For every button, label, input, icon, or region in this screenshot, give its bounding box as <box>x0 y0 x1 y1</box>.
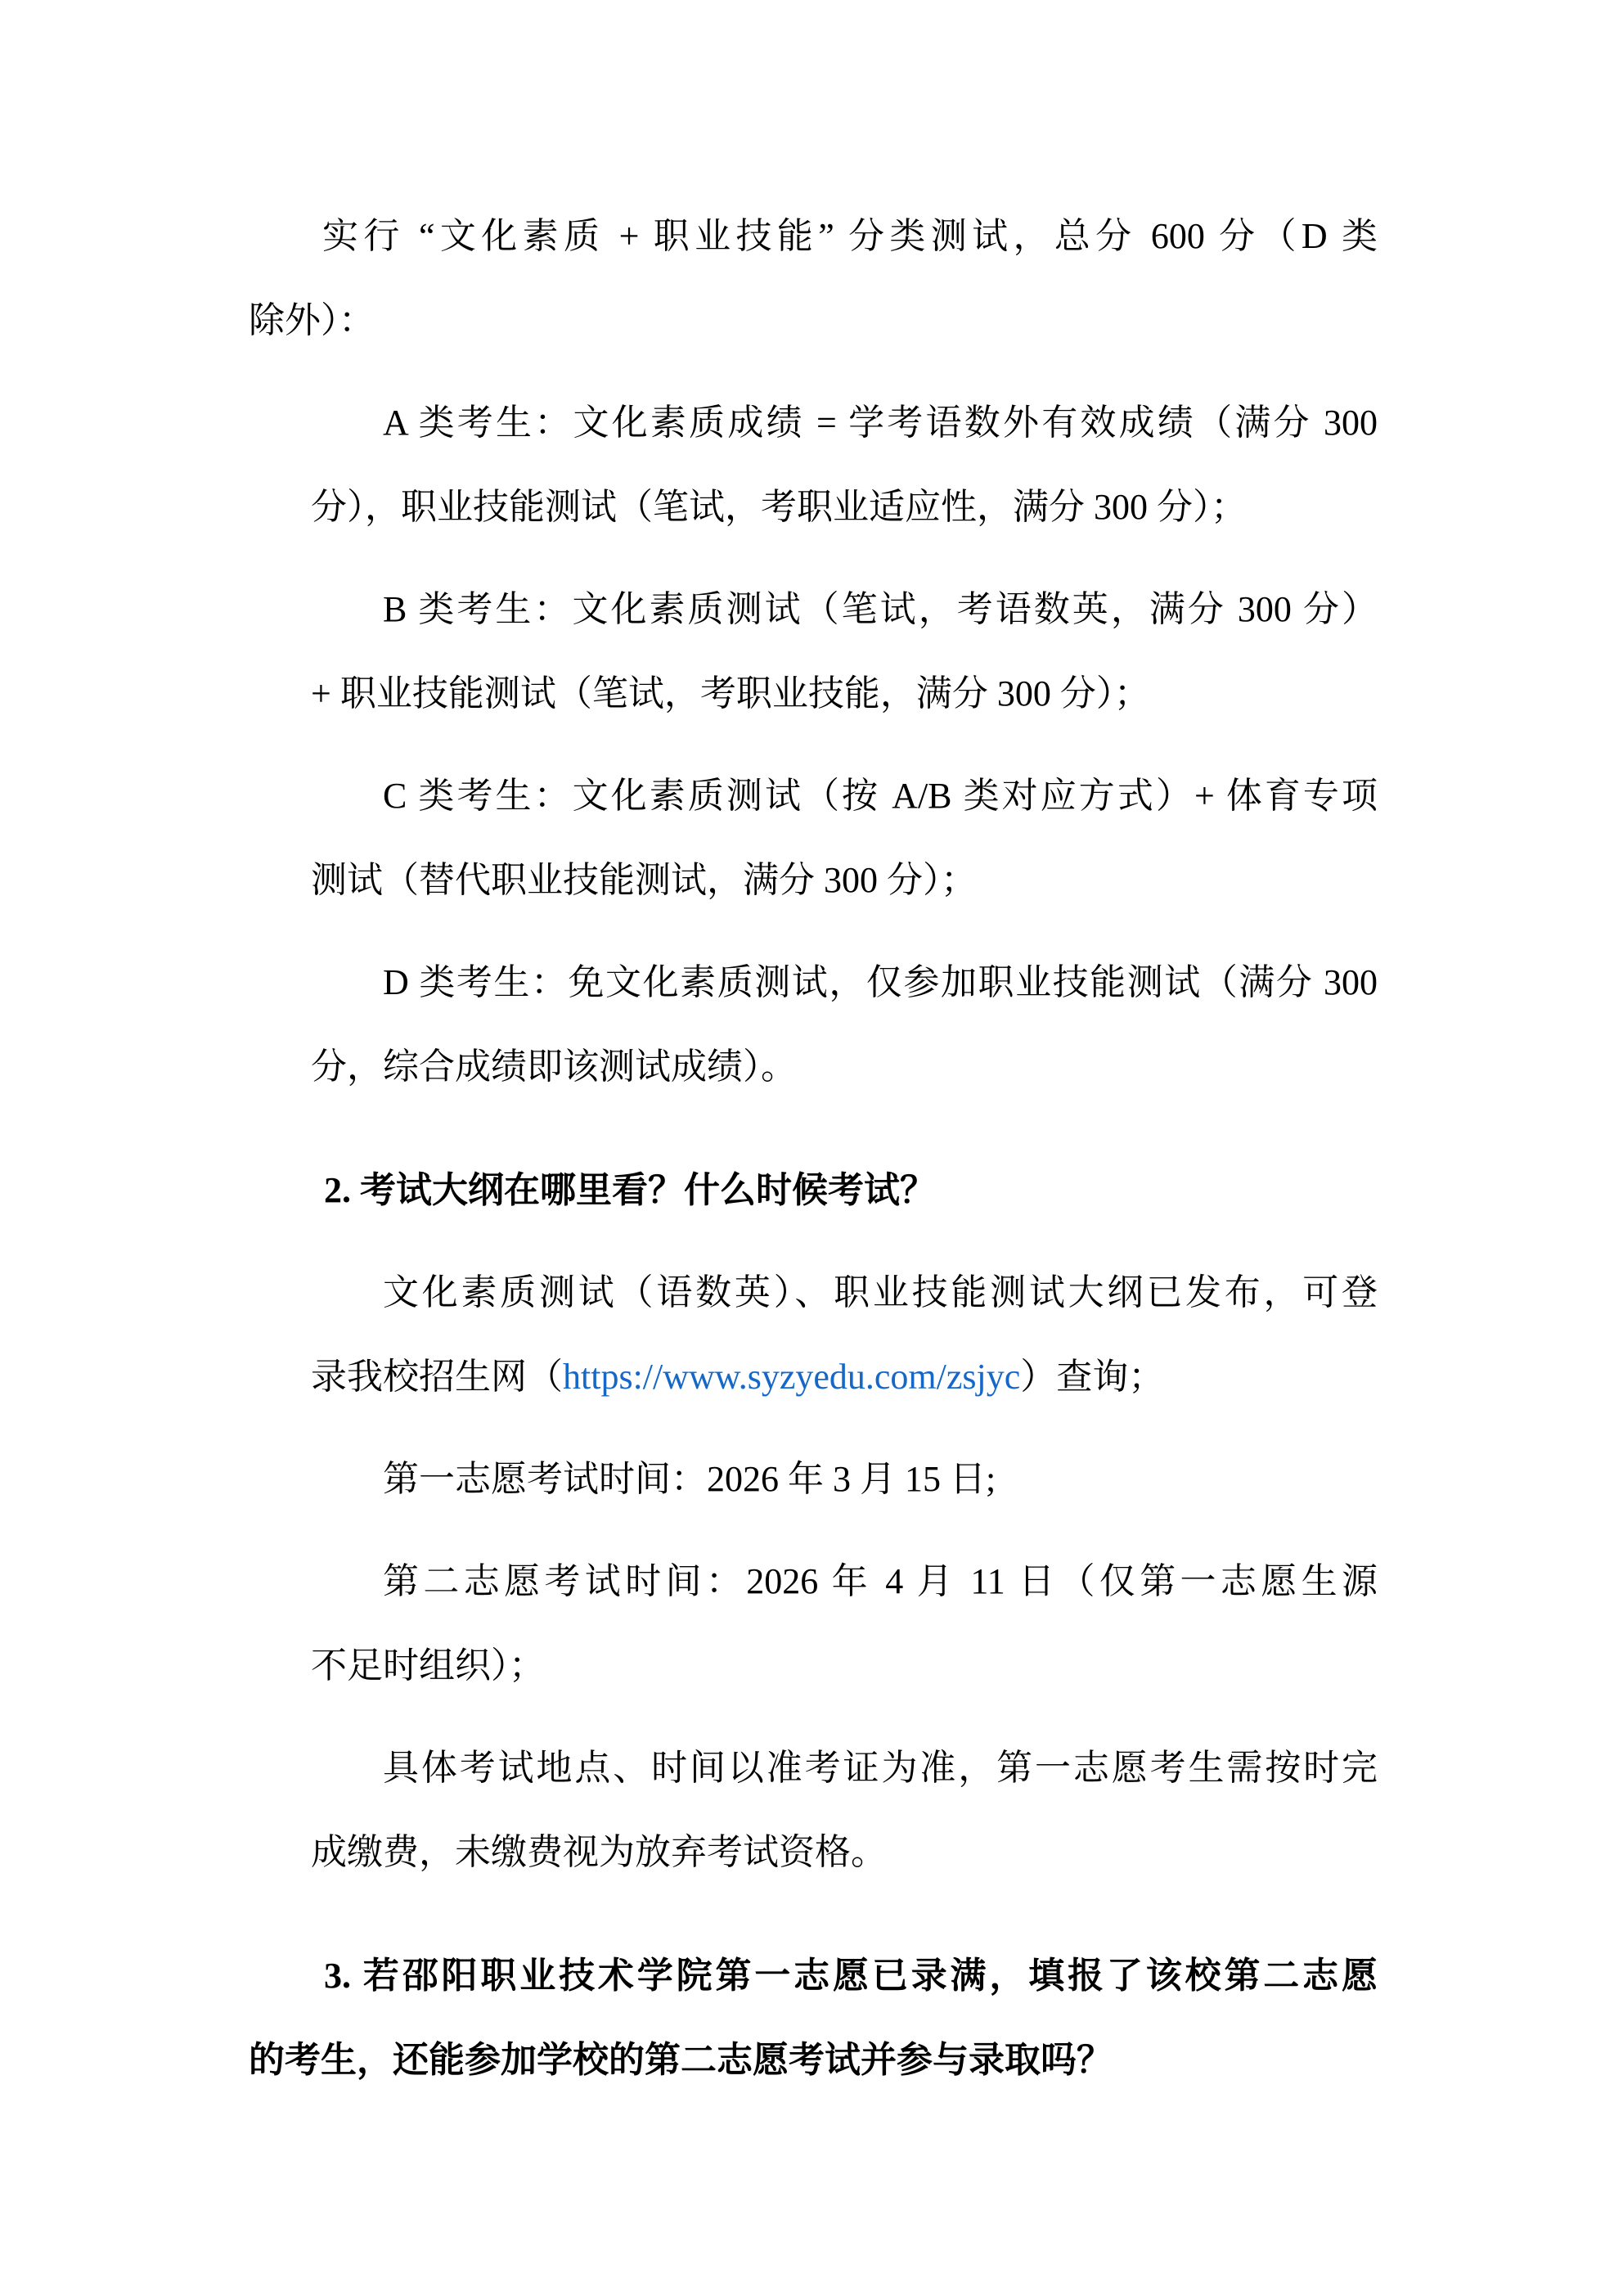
para-category-d: D 类考生：免文化素质测试，仅参加职业技能测试（满分 300 分，综合成绩即该测… <box>311 940 1378 1109</box>
heading-question-2: 2. 考试大纲在哪里看？什么时候考试？ <box>249 1148 1378 1232</box>
link-suffix-text: ）查询； <box>1020 1357 1164 1397</box>
text-line: 文化素质测试（语数英）、职业技能测试大纲已发布，可登 <box>311 1250 1378 1335</box>
heading-line: 2. 考试大纲在哪里看？什么时候考试？ <box>249 1148 1378 1232</box>
para-category-a: A 类考生：文化素质成绩 = 学考语数外有效成绩（满分 300 分），职业技能测… <box>311 380 1378 549</box>
para-syllabus-and-link: 文化素质测试（语数英）、职业技能测试大纲已发布，可登 录我校招生网（https:… <box>311 1250 1378 1419</box>
para-exam-location-payment: 具体考试地点、时间以准考证为准，第一志愿考生需按时完 成缴费，未缴费视为放弃考试… <box>311 1726 1378 1894</box>
heading-question-3: 3. 若邵阳职业技术学院第一志愿已录满，填报了该校第二志愿 的考生，还能参加学校… <box>249 1934 1378 2102</box>
heading-line: 3. 若邵阳职业技术学院第一志愿已录满，填报了该校第二志愿 <box>249 1934 1378 2018</box>
para-first-choice-exam-date: 第一志愿考试时间：2026 年 3 月 15 日; <box>311 1437 1378 1521</box>
text-line: 不足时组织）； <box>311 1623 1378 1708</box>
text-line: 成缴费，未缴费视为放弃考试资格。 <box>311 1810 1378 1894</box>
text-line: 实行 “文化素质 + 职业技能” 分类测试，总分 600 分（D 类 <box>249 194 1378 278</box>
para-category-b: B 类考生：文化素质测试（笔试，考语数英，满分 300 分） + 职业技能测试（… <box>311 567 1378 736</box>
para-category-c: C 类考生：文化素质测试（按 A/B 类对应方式）+ 体育专项 测试（替代职业技… <box>311 754 1378 922</box>
heading-line: 的考生，还能参加学校的第二志愿考试并参与录取吗？ <box>249 2018 1378 2102</box>
document-page: 实行 “文化素质 + 职业技能” 分类测试，总分 600 分（D 类 除外）： … <box>249 194 1378 2102</box>
link-prefix-text: 录我校招生网（ <box>311 1357 563 1397</box>
text-line: 具体考试地点、时间以准考证为准，第一志愿考生需按时完 <box>311 1726 1378 1810</box>
text-line: 测试（替代职业技能测试，满分 300 分）； <box>311 838 1378 922</box>
para-second-choice-exam-date: 第二志愿考试时间：2026 年 4 月 11 日（仅第一志愿生源 不足时组织）； <box>311 1539 1378 1708</box>
text-line: A 类考生：文化素质成绩 = 学考语数外有效成绩（满分 300 <box>311 380 1378 465</box>
text-line: + 职业技能测试（笔试，考职业技能，满分 300 分）； <box>311 651 1378 736</box>
text-line: C 类考生：文化素质测试（按 A/B 类对应方式）+ 体育专项 <box>311 754 1378 838</box>
para-exam-structure: 实行 “文化素质 + 职业技能” 分类测试，总分 600 分（D 类 除外）： <box>249 194 1378 362</box>
text-line: 录我校招生网（https://www.syzyedu.com/zsjyc）查询； <box>311 1335 1378 1419</box>
text-line: 分），职业技能测试（笔试，考职业适应性，满分 300 分）； <box>311 465 1378 549</box>
text-line: 第一志愿考试时间：2026 年 3 月 15 日; <box>311 1437 1378 1521</box>
admissions-website-link[interactable]: https://www.syzyedu.com/zsjyc <box>563 1357 1020 1397</box>
text-line: 第二志愿考试时间：2026 年 4 月 11 日（仅第一志愿生源 <box>311 1539 1378 1623</box>
text-line: 除外）： <box>249 278 1378 362</box>
text-line: B 类考生：文化素质测试（笔试，考语数英，满分 300 分） <box>311 567 1378 651</box>
text-line: 分，综合成绩即该测试成绩）。 <box>311 1024 1378 1109</box>
text-line: D 类考生：免文化素质测试，仅参加职业技能测试（满分 300 <box>311 940 1378 1024</box>
